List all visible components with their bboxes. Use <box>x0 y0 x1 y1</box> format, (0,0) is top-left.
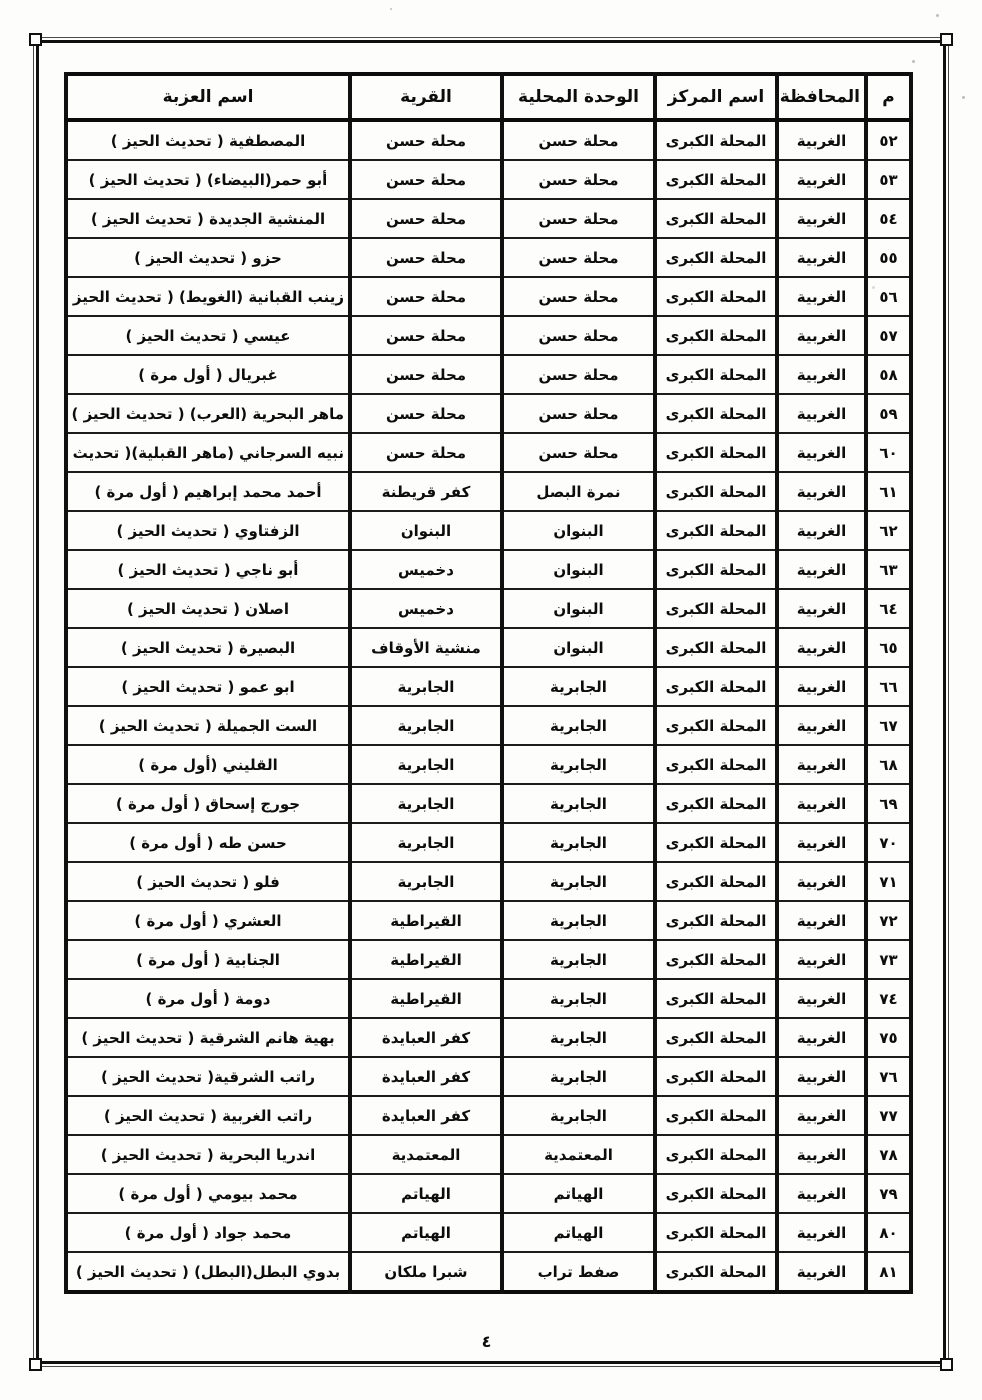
cell-serial: ٦٢ <box>866 511 911 550</box>
cell-center-name: المحلة الكبرى <box>655 160 777 199</box>
cell-ezba-name: الزفتاوي ( تحديث الحيز ) <box>66 511 350 550</box>
table-row: ٥٥ الغربية المحلة الكبرى محلة حسن محلة ح… <box>66 238 911 277</box>
cell-serial: ٦٧ <box>866 706 911 745</box>
table-row: ٦٢ الغربية المحلة الكبرى البنوان البنوان… <box>66 511 911 550</box>
cell-governorate: الغربية <box>777 1135 866 1174</box>
cell-local-unit: الجابرية <box>502 940 655 979</box>
cell-serial: ٧٧ <box>866 1096 911 1135</box>
cell-local-unit: الجابرية <box>502 979 655 1018</box>
cell-local-unit: الهياتم <box>502 1213 655 1252</box>
cell-center-name: المحلة الكبرى <box>655 940 777 979</box>
cell-local-unit: الجابرية <box>502 706 655 745</box>
cell-ezba-name: الجنابية ( أول مرة ) <box>66 940 350 979</box>
cell-ezba-name: المصطفية ( تحديث الحيز ) <box>66 120 350 160</box>
cell-village: القيراطية <box>350 979 502 1018</box>
cell-ezba-name: القليني (أول مرة ) <box>66 745 350 784</box>
cell-village: منشية الأوقاف <box>350 628 502 667</box>
cell-serial: ٦٨ <box>866 745 911 784</box>
cell-center-name: المحلة الكبرى <box>655 823 777 862</box>
cell-serial: ٧١ <box>866 862 911 901</box>
cell-ezba-name: بهية هانم الشرقية ( تحديث الحيز ) <box>66 1018 350 1057</box>
cell-ezba-name: دومة ( أول مرة ) <box>66 979 350 1018</box>
table-row: ٥٨ الغربية المحلة الكبرى محلة حسن محلة ح… <box>66 355 911 394</box>
cell-governorate: الغربية <box>777 628 866 667</box>
cell-local-unit: البنوان <box>502 628 655 667</box>
cell-serial: ٧٤ <box>866 979 911 1018</box>
cell-village: محلة حسن <box>350 394 502 433</box>
cell-ezba-name: المنشية الجديدة ( تحديث الحيز ) <box>66 199 350 238</box>
table-row: ٧٠ الغربية المحلة الكبرى الجابرية الجابر… <box>66 823 911 862</box>
cell-village: الجابرية <box>350 862 502 901</box>
cell-village: محلة حسن <box>350 277 502 316</box>
frame-corner-ornament <box>940 1358 953 1371</box>
cell-center-name: المحلة الكبرى <box>655 1135 777 1174</box>
cell-governorate: الغربية <box>777 277 866 316</box>
cell-serial: ٨١ <box>866 1252 911 1292</box>
cell-ezba-name: راتب الغربية ( تحديث الحيز ) <box>66 1096 350 1135</box>
cell-ezba-name: جورج إسحاق ( أول مرة ) <box>66 784 350 823</box>
table-row: ٥٧ الغربية المحلة الكبرى محلة حسن محلة ح… <box>66 316 911 355</box>
cell-local-unit: محلة حسن <box>502 199 655 238</box>
cell-center-name: المحلة الكبرى <box>655 199 777 238</box>
cell-local-unit: البنوان <box>502 550 655 589</box>
cell-serial: ٧٢ <box>866 901 911 940</box>
cell-local-unit: الجابرية <box>502 784 655 823</box>
frame-corner-ornament <box>29 33 42 46</box>
table-row: ٥٣ الغربية المحلة الكبرى محلة حسن محلة ح… <box>66 160 911 199</box>
header-serial: م <box>866 74 911 120</box>
cell-center-name: المحلة الكبرى <box>655 394 777 433</box>
cell-local-unit: الجابرية <box>502 1057 655 1096</box>
cell-serial: ٦٥ <box>866 628 911 667</box>
cell-serial: ٥٩ <box>866 394 911 433</box>
cell-center-name: المحلة الكبرى <box>655 589 777 628</box>
cell-ezba-name: حزو ( تحديث الحيز ) <box>66 238 350 277</box>
cell-governorate: الغربية <box>777 667 866 706</box>
table-row: ٧٨ الغربية المحلة الكبرى المعتمدية المعت… <box>66 1135 911 1174</box>
cell-governorate: الغربية <box>777 511 866 550</box>
frame-corner-ornament <box>940 33 953 46</box>
cell-local-unit: الهياتم <box>502 1174 655 1213</box>
table-row: ٧١ الغربية المحلة الكبرى الجابرية الجابر… <box>66 862 911 901</box>
cell-ezba-name: أبو ناجي ( تحديث الحيز ) <box>66 550 350 589</box>
cell-governorate: الغربية <box>777 120 866 160</box>
cell-center-name: المحلة الكبرى <box>655 979 777 1018</box>
table-header: م المحافظة اسم المركز الوحدة المحلية الق… <box>66 74 911 120</box>
cell-governorate: الغربية <box>777 1174 866 1213</box>
header-ezba-name: اسم العزبة <box>66 74 350 120</box>
cell-local-unit: محلة حسن <box>502 277 655 316</box>
cell-center-name: المحلة الكبرى <box>655 901 777 940</box>
cell-governorate: الغربية <box>777 706 866 745</box>
cell-governorate: الغربية <box>777 160 866 199</box>
table-row: ٨١ الغربية المحلة الكبرى صفط تراب شبرا م… <box>66 1252 911 1292</box>
cell-serial: ٧٨ <box>866 1135 911 1174</box>
cell-ezba-name: ابو عمو ( تحديث الحيز ) <box>66 667 350 706</box>
cell-ezba-name: اندريا البحرية ( تحديث الحيز ) <box>66 1135 350 1174</box>
cell-village: الجابرية <box>350 823 502 862</box>
cell-local-unit: محلة حسن <box>502 355 655 394</box>
cell-governorate: الغربية <box>777 823 866 862</box>
cell-governorate: الغربية <box>777 940 866 979</box>
cell-governorate: الغربية <box>777 589 866 628</box>
table-body: ٥٢ الغربية المحلة الكبرى محلة حسن محلة ح… <box>66 120 911 1292</box>
cell-ezba-name: ماهر البحرية (العرب) ( تحديث الحيز ) <box>66 394 350 433</box>
hamlets-table: م المحافظة اسم المركز الوحدة المحلية الق… <box>64 72 913 1294</box>
cell-center-name: المحلة الكبرى <box>655 277 777 316</box>
cell-village: محلة حسن <box>350 355 502 394</box>
table-row: ٦٥ الغربية المحلة الكبرى البنوان منشية ا… <box>66 628 911 667</box>
cell-serial: ٦٩ <box>866 784 911 823</box>
cell-governorate: الغربية <box>777 1213 866 1252</box>
table-row: ٦١ الغربية المحلة الكبرى نمرة البصل كفر … <box>66 472 911 511</box>
cell-governorate: الغربية <box>777 1057 866 1096</box>
cell-village: البنوان <box>350 511 502 550</box>
cell-serial: ٧٦ <box>866 1057 911 1096</box>
page-number: ٤ <box>64 1332 909 1351</box>
table-row: ٧٧ الغربية المحلة الكبرى الجابرية كفر ال… <box>66 1096 911 1135</box>
cell-serial: ٦٣ <box>866 550 911 589</box>
cell-ezba-name: أحمد محمد إبراهيم ( أول مرة ) <box>66 472 350 511</box>
cell-governorate: الغربية <box>777 355 866 394</box>
cell-center-name: المحلة الكبرى <box>655 355 777 394</box>
cell-serial: ٦٠ <box>866 433 911 472</box>
header-local-unit: الوحدة المحلية <box>502 74 655 120</box>
cell-serial: ٥٥ <box>866 238 911 277</box>
table-row: ٥٦ الغربية المحلة الكبرى محلة حسن محلة ح… <box>66 277 911 316</box>
cell-local-unit: المعتمدية <box>502 1135 655 1174</box>
cell-center-name: المحلة الكبرى <box>655 511 777 550</box>
cell-local-unit: محلة حسن <box>502 120 655 160</box>
cell-governorate: الغربية <box>777 238 866 277</box>
cell-governorate: الغربية <box>777 433 866 472</box>
cell-serial: ٨٠ <box>866 1213 911 1252</box>
cell-serial: ٧٣ <box>866 940 911 979</box>
cell-center-name: المحلة الكبرى <box>655 784 777 823</box>
cell-governorate: الغربية <box>777 1018 866 1057</box>
cell-local-unit: الجابرية <box>502 862 655 901</box>
cell-ezba-name: محمد جواد ( أول مرة ) <box>66 1213 350 1252</box>
cell-governorate: الغربية <box>777 199 866 238</box>
table-row: ٧٢ الغربية المحلة الكبرى الجابرية القيرا… <box>66 901 911 940</box>
cell-serial: ٥٣ <box>866 160 911 199</box>
cell-village: القيراطية <box>350 940 502 979</box>
cell-village: دخميس <box>350 589 502 628</box>
cell-center-name: المحلة الكبرى <box>655 1057 777 1096</box>
cell-center-name: المحلة الكبرى <box>655 706 777 745</box>
cell-village: الجابرية <box>350 745 502 784</box>
table-row: ٦٦ الغربية المحلة الكبرى الجابرية الجابر… <box>66 667 911 706</box>
cell-center-name: المحلة الكبرى <box>655 628 777 667</box>
cell-ezba-name: نبيه السرجاني (ماهر القبلية)( تحديث الحي… <box>66 433 350 472</box>
cell-local-unit: صفط تراب <box>502 1252 655 1292</box>
cell-governorate: الغربية <box>777 316 866 355</box>
cell-local-unit: الجابرية <box>502 1018 655 1057</box>
cell-village: محلة حسن <box>350 316 502 355</box>
cell-center-name: المحلة الكبرى <box>655 1018 777 1057</box>
table-row: ٧٣ الغربية المحلة الكبرى الجابرية القيرا… <box>66 940 911 979</box>
scan-speck <box>936 14 939 17</box>
cell-village: القيراطية <box>350 901 502 940</box>
table-row: ٧٤ الغربية المحلة الكبرى الجابرية القيرا… <box>66 979 911 1018</box>
cell-center-name: المحلة الكبرى <box>655 433 777 472</box>
cell-local-unit: محلة حسن <box>502 238 655 277</box>
cell-serial: ٥٧ <box>866 316 911 355</box>
table-row: ٧٥ الغربية المحلة الكبرى الجابرية كفر ال… <box>66 1018 911 1057</box>
cell-center-name: المحلة الكبرى <box>655 1213 777 1252</box>
cell-ezba-name: بدوي البطل(البطل) ( تحديث الحيز ) <box>66 1252 350 1292</box>
table-row: ٦٨ الغربية المحلة الكبرى الجابرية الجابر… <box>66 745 911 784</box>
cell-center-name: المحلة الكبرى <box>655 1252 777 1292</box>
table-row: ٥٢ الغربية المحلة الكبرى محلة حسن محلة ح… <box>66 120 911 160</box>
cell-ezba-name: العشري ( أول مرة ) <box>66 901 350 940</box>
table-row: ٦٠ الغربية المحلة الكبرى محلة حسن محلة ح… <box>66 433 911 472</box>
cell-village: كفر قريطنة <box>350 472 502 511</box>
table-row: ٦٧ الغربية المحلة الكبرى الجابرية الجابر… <box>66 706 911 745</box>
cell-governorate: الغربية <box>777 550 866 589</box>
cell-village: الجابرية <box>350 667 502 706</box>
cell-ezba-name: راتب الشرقية( تحديث الحيز ) <box>66 1057 350 1096</box>
cell-governorate: الغربية <box>777 472 866 511</box>
cell-serial: ٦٦ <box>866 667 911 706</box>
frame-corner-ornament <box>29 1358 42 1371</box>
cell-local-unit: الجابرية <box>502 667 655 706</box>
cell-center-name: المحلة الكبرى <box>655 667 777 706</box>
cell-governorate: الغربية <box>777 901 866 940</box>
cell-serial: ٧٩ <box>866 1174 911 1213</box>
cell-local-unit: محلة حسن <box>502 316 655 355</box>
cell-serial: ٥٦ <box>866 277 911 316</box>
cell-governorate: الغربية <box>777 784 866 823</box>
table-row: ٧٦ الغربية المحلة الكبرى الجابرية كفر ال… <box>66 1057 911 1096</box>
cell-serial: ٥٨ <box>866 355 911 394</box>
cell-local-unit: الجابرية <box>502 823 655 862</box>
cell-serial: ٦٤ <box>866 589 911 628</box>
table-row: ٦٤ الغربية المحلة الكبرى البنوان دخميس ا… <box>66 589 911 628</box>
cell-local-unit: الجابرية <box>502 1096 655 1135</box>
table-row: ٦٣ الغربية المحلة الكبرى البنوان دخميس أ… <box>66 550 911 589</box>
cell-center-name: المحلة الكبرى <box>655 472 777 511</box>
cell-local-unit: نمرة البصل <box>502 472 655 511</box>
cell-center-name: المحلة الكبرى <box>655 1174 777 1213</box>
cell-governorate: الغربية <box>777 1096 866 1135</box>
cell-governorate: الغربية <box>777 862 866 901</box>
cell-ezba-name: الست الجميلة ( تحديث الحيز ) <box>66 706 350 745</box>
cell-village: محلة حسن <box>350 160 502 199</box>
cell-village: محلة حسن <box>350 238 502 277</box>
cell-ezba-name: عيسي ( تحديث الحيز ) <box>66 316 350 355</box>
cell-village: شبرا ملكان <box>350 1252 502 1292</box>
cell-serial: ٧٥ <box>866 1018 911 1057</box>
cell-governorate: الغربية <box>777 979 866 1018</box>
cell-village: المعتمدية <box>350 1135 502 1174</box>
cell-center-name: المحلة الكبرى <box>655 1096 777 1135</box>
header-governorate: المحافظة <box>777 74 866 120</box>
cell-serial: ٥٤ <box>866 199 911 238</box>
table-row: ٥٤ الغربية المحلة الكبرى محلة حسن محلة ح… <box>66 199 911 238</box>
cell-village: كفر العبايدة <box>350 1057 502 1096</box>
header-row: م المحافظة اسم المركز الوحدة المحلية الق… <box>66 74 911 120</box>
cell-village: محلة حسن <box>350 433 502 472</box>
cell-center-name: المحلة الكبرى <box>655 238 777 277</box>
table-row: ٧٩ الغربية المحلة الكبرى الهياتم الهياتم… <box>66 1174 911 1213</box>
table-row: ٥٩ الغربية المحلة الكبرى محلة حسن محلة ح… <box>66 394 911 433</box>
cell-village: محلة حسن <box>350 199 502 238</box>
header-village: القرية <box>350 74 502 120</box>
cell-ezba-name: حسن طه ( أول مرة ) <box>66 823 350 862</box>
cell-ezba-name: اصلان ( تحديث الحيز ) <box>66 589 350 628</box>
cell-ezba-name: أبو حمر(البيضاء) ( تحديث الحيز ) <box>66 160 350 199</box>
cell-local-unit: البنوان <box>502 511 655 550</box>
cell-governorate: الغربية <box>777 1252 866 1292</box>
table-row: ٦٩ الغربية المحلة الكبرى الجابرية الجابر… <box>66 784 911 823</box>
cell-local-unit: الجابرية <box>502 901 655 940</box>
cell-serial: ٥٢ <box>866 120 911 160</box>
cell-village: الهياتم <box>350 1213 502 1252</box>
cell-center-name: المحلة الكبرى <box>655 316 777 355</box>
cell-serial: ٦١ <box>866 472 911 511</box>
cell-local-unit: البنوان <box>502 589 655 628</box>
cell-ezba-name: محمد بيومي ( أول مرة ) <box>66 1174 350 1213</box>
cell-center-name: المحلة الكبرى <box>655 550 777 589</box>
cell-local-unit: محلة حسن <box>502 433 655 472</box>
cell-local-unit: محلة حسن <box>502 394 655 433</box>
cell-village: كفر العبايدة <box>350 1096 502 1135</box>
cell-governorate: الغربية <box>777 745 866 784</box>
cell-ezba-name: زينب القبانية (الغويط) ( تحديث الحيز ) <box>66 277 350 316</box>
cell-ezba-name: فلو ( تحديث الحيز ) <box>66 862 350 901</box>
cell-serial: ٧٠ <box>866 823 911 862</box>
table-row: ٨٠ الغربية المحلة الكبرى الهياتم الهياتم… <box>66 1213 911 1252</box>
cell-village: الجابرية <box>350 706 502 745</box>
cell-ezba-name: غبريال ( أول مرة ) <box>66 355 350 394</box>
cell-local-unit: الجابرية <box>502 745 655 784</box>
cell-local-unit: محلة حسن <box>502 160 655 199</box>
cell-village: دخميس <box>350 550 502 589</box>
header-center-name: اسم المركز <box>655 74 777 120</box>
scan-speck <box>390 8 392 10</box>
cell-center-name: المحلة الكبرى <box>655 745 777 784</box>
cell-village: الجابرية <box>350 784 502 823</box>
cell-governorate: الغربية <box>777 394 866 433</box>
cell-center-name: المحلة الكبرى <box>655 862 777 901</box>
cell-center-name: المحلة الكبرى <box>655 120 777 160</box>
cell-village: كفر العبايدة <box>350 1018 502 1057</box>
cell-ezba-name: البصيرة ( تحديث الحيز ) <box>66 628 350 667</box>
scan-speck <box>962 96 965 99</box>
scanned-document-page: { "page": { "number": "٤" }, "table": { … <box>0 0 982 1400</box>
cell-village: الهياتم <box>350 1174 502 1213</box>
cell-village: محلة حسن <box>350 120 502 160</box>
